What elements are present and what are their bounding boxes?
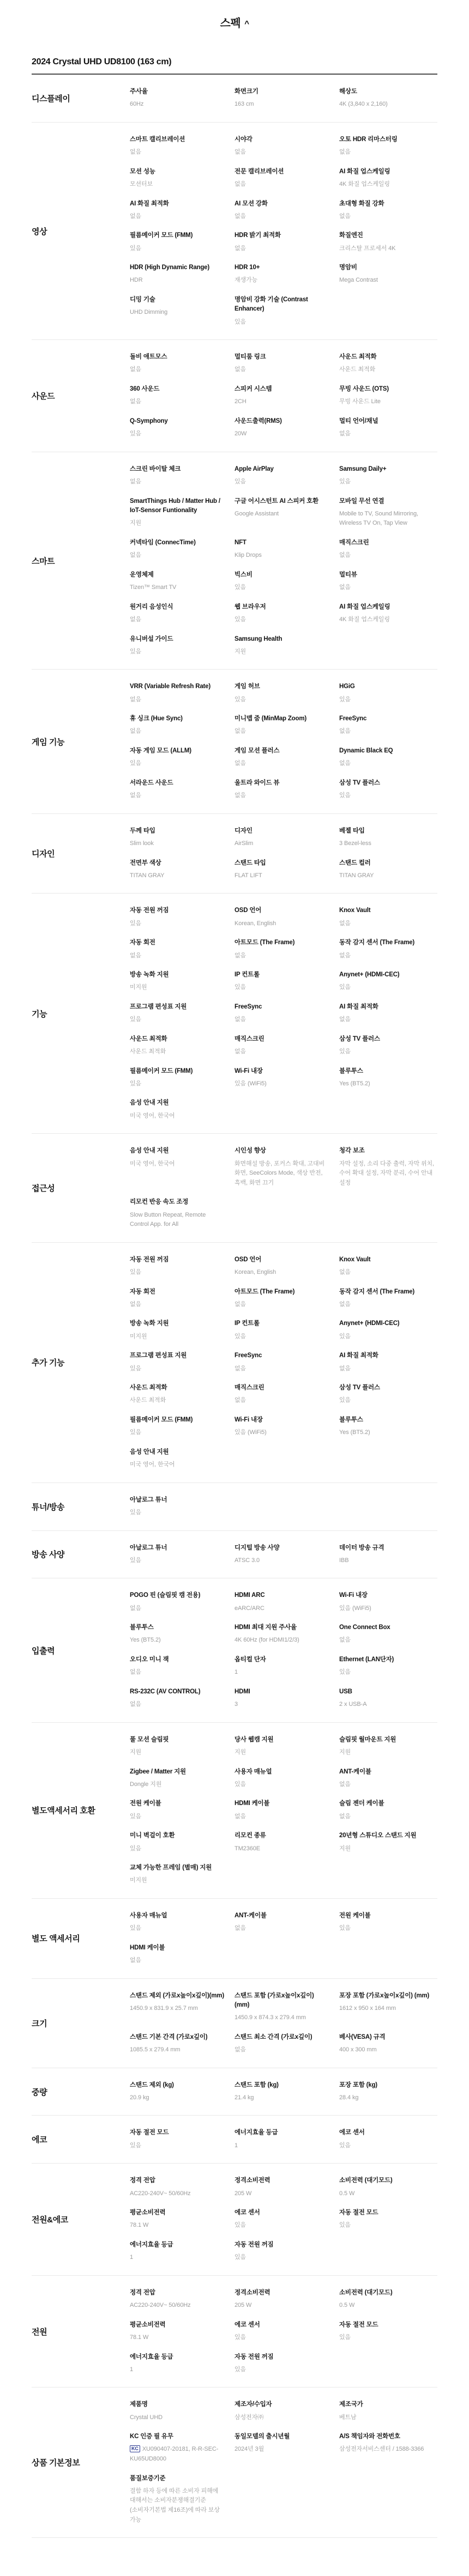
spec-item: 아트모드 (The Frame) 없음 [234,1283,333,1315]
spec-item-value: 78.1 W [130,2221,225,2231]
spec-item-value: 78.1 W [130,2333,225,2343]
spec-item: 슬림핏 월마운트 지원 지원 [339,1730,437,1763]
spec-item-value: 있음 [339,2221,434,2231]
spec-item: RS-232C (AV CONTROL) 없음 [130,1682,228,1715]
spec-item: 베젤 타입 3 Bezel-less [339,822,437,854]
spec-item-value: 있음 [234,695,329,705]
section-label: 별도 액세서리 [32,1933,130,1944]
spec-section: 별도 액세서리 사용자 매뉴얼 있음 ANT-케이블 없음 전원 케이블 있음 … [32,1899,437,1979]
spec-item-value: AC220-240V~ 50/60Hz [130,2189,225,2199]
spec-item-name: 멀티 언어/채널 [339,417,434,426]
spec-item: 전문 캘리브레이션 없음 [234,162,333,195]
spec-item-name: 사용자 매뉴얼 [130,1911,225,1921]
spec-section: 접근성 음성 안내 지원 미국 영어, 한국어 시인성 향상 화면해설 방송, … [32,1134,437,1242]
spec-item-value: 있음 [130,244,225,254]
spec-item-name: 블루투스 [339,1067,434,1076]
spec-item: 평균소비전력 78.1 W [130,2316,228,2348]
spec-item-value: 있음 [130,1508,225,1518]
spec-item: OSD 언어 Korean, English [234,1250,333,1283]
spec-item-value: 있음 [130,1844,225,1854]
spec-item-value: 없음 [339,759,434,769]
spec-item: KC 인증 필 유무 KCXU090407-20181, R-R-SEC-KU6… [130,2427,228,2469]
section-grid: 스마트 캘리브레이션 없음 시야각 없음 오토 HDR 리마스터링 없음 모션 … [130,130,437,332]
spec-item: 돌비 애트모스 없음 [130,348,228,380]
spec-item-value: 없음 [339,212,434,222]
spec-item-value: 없음 [339,951,434,961]
section-label: 별도액세서리 호환 [32,1805,130,1816]
spec-section: 디자인 두께 타입 Slim look 디자인 AirSlim 베젤 타입 3 … [32,814,437,894]
section-label: 튜너/방송 [32,1501,130,1512]
spec-item-name: ANT-케이블 [234,1911,329,1921]
section-label: 스마트 [32,555,130,567]
spec-item-value: Yes (BT5.2) [339,1079,434,1089]
spec-item: 모션 성능 모션터보 [130,162,228,195]
spec-item-value: 없음 [339,1812,434,1822]
spec-item-name: 구글 어시스턴트 AI 스피커 호환 [234,497,329,506]
spec-item-name: 원거리 음성인식 [130,603,225,612]
spec-item-name: 정격 전압 [130,2176,225,2185]
spec-item: 방송 녹화 지원 미지원 [130,965,228,998]
spec-item-name: OSD 언어 [234,906,329,915]
spec-item-value: TM2360E [234,1844,329,1854]
spec-item-name: 오토 HDR 리마스터링 [339,135,434,144]
section-label: 기능 [32,1008,130,1019]
spec-item: 리모컨 종류 TM2360E [234,1826,333,1858]
spec-item-value: 있음 [339,791,434,801]
spec-item-name: 당사 웹캠 지원 [234,1735,329,1745]
spec-item-value: 있음 [130,1812,225,1822]
spec-item-name: FreeSync [234,1003,329,1012]
spec-item: 에코 센서 있음 [234,2203,333,2235]
spec-item: 매직스크린 없음 [339,533,437,566]
spec-item-value: eARC/ARC [234,1604,329,1614]
spec-item-name: 정격소비전력 [234,2176,329,2185]
spec-item: 미니맵 줌 (MinMap Zoom) 없음 [234,709,333,742]
spec-item-value: 있음 [234,2365,329,2375]
section-grid: 스탠드 제외 (가로x높이x깊이)(mm) 1450.9 x 831.9 x 2… [130,1986,437,2060]
spec-item: Anynet+ (HDMI-CEC) 있음 [339,965,437,998]
spec-item: 에코 센서 있음 [234,2316,333,2348]
spec-item: 주사율 60Hz [130,82,228,114]
spec-item-name: AI 화질 업스케일링 [339,167,434,177]
spec-item-name: 멀티룸 링크 [234,353,329,362]
spec-item: AI 화질 최적화 없음 [130,195,228,227]
section-grid: 스탠드 제외 (kg) 20.9 kg 스탠드 포함 (kg) 21.4 kg … [130,2076,437,2108]
spec-item: 자동 전원 꺼짐 있음 [130,901,228,933]
spec-item: Samsung Health 지원 [234,630,333,662]
spec-item-value: Mega Contrast [339,276,434,285]
spec-item-name: 시인성 향상 [234,1146,329,1156]
section-grid: VRR (Variable Refresh Rate) 없음 게임 허브 있음 … [130,677,437,805]
spec-item-value: 없음 [130,397,225,407]
spec-item-value: 있음 [234,1332,329,1342]
spec-item-value: 없음 [234,1300,329,1310]
spec-item-name: 시야각 [234,135,329,144]
spec-item-name: 자동 회전 [130,938,225,947]
spec-item-name: Dynamic Black EQ [339,746,434,756]
spec-item-name: 아트모드 (The Frame) [234,938,329,947]
section-label: 디스플레이 [32,93,130,104]
spec-item: 자동 절전 모드 있음 [339,2203,437,2235]
spec-item-value: 없음 [130,551,225,561]
spec-item-name: 명암비 [339,263,434,272]
spec-item-value: 무빙 사운드 Lite [339,397,434,407]
spec-item: One Connect Box 없음 [339,1618,437,1650]
spec-section: 상품 기본정보 제품명 Crystal UHD 제조자/수입자 삼성전자㈜ 제조… [32,2387,437,2538]
spec-item-name: 디지털 방송 사양 [234,1544,329,1553]
chevron-up-icon: ^ [244,19,249,28]
spec-item-value: 있음 (WiFi5) [339,1604,434,1614]
spec-section: 에코 자동 절전 모드 있음 에너지효율 등급 1 에코 센서 있음 [32,2116,437,2164]
spec-item-value: 삼성전자㈜ [234,2413,329,2423]
spec-item: 평균소비전력 78.1 W [130,2203,228,2235]
section-grid: POGO 핀 (슬림핏 캠 전용) 없음 HDMI ARC eARC/ARC W… [130,1586,437,1714]
spec-item-name: 필름메이커 모드 (FMM) [130,231,225,240]
section-grid: 제품명 Crystal UHD 제조자/수입자 삼성전자㈜ 제조국가 베트남 K… [130,2395,437,2530]
spec-item-name: FreeSync [339,714,434,724]
spec-item: 전원 케이블 있음 [130,1794,228,1826]
spec-item-name: 삼성 TV 플러스 [339,1035,434,1044]
spec-item-value: 있음 [339,2333,434,2343]
spec-item: AI 화질 업스케일링 4K 화질 업스케일링 [339,598,437,630]
spec-item: 명암비 강화 기술 (Contrast Enhancer) 있음 [234,290,333,332]
spec-item: 스탠드 포함 (kg) 21.4 kg [234,2076,333,2108]
spec-item-value: 없음 [234,2045,329,2055]
spec-item: 자동 절전 모드 있음 [339,2316,437,2348]
spec-item-name: 20년형 스튜디오 스탠드 지원 [339,1831,434,1840]
spec-item-value: 없음 [234,1364,329,1374]
spec-item: 동일모델의 출시년월 2024년 3월 [234,2427,333,2459]
spec-item: Wi-Fi 내장 있음 (WiFi5) [339,1586,437,1618]
spec-item-name: Anynet+ (HDMI-CEC) [339,1319,434,1328]
spec-section: 영상 스마트 캘리브레이션 없음 시야각 없음 오토 HDR 리마스터링 없음 … [32,123,437,340]
spec-item: Wi-Fi 내장 있음 (WiFi5) [234,1062,333,1094]
spec-item-value: Klip Drops [234,551,329,561]
spec-item-name: 커넥타임 (ConnecTime) [130,538,225,548]
spec-item: 정격 전압 AC220-240V~ 50/60Hz [130,2283,228,2316]
section-grid: 자동 절전 모드 있음 에너지효율 등급 1 에코 센서 있음 [130,2123,437,2155]
section-label: 중량 [32,2086,130,2098]
spec-item-name: IP 컨트롤 [234,970,329,980]
spec-item: 동작 감지 센서 (The Frame) 없음 [339,933,437,965]
spec-item-name: 동일모델의 출시년월 [234,2432,329,2441]
spec-item: 웹 브라우저 있음 [234,598,333,630]
spec-item: Knox Vault 없음 [339,1250,437,1283]
spec-item-name: 스탠드 컬러 [339,859,434,868]
spec-item: 전면부 색상 TITAN GRAY [130,854,228,886]
spec-item-value: 3 [234,1700,329,1710]
spec-item-value: 없음 [234,791,329,801]
spec-item: 자동 게임 모드 (ALLM) 있음 [130,742,228,774]
spec-item-name: KC 인증 필 유무 [130,2432,225,2441]
spec-item: 교체 가능한 프레임 (별매) 지원 미지원 [130,1858,228,1891]
spec-item-name: AI 화질 최적화 [130,199,225,209]
spec-item: SmartThings Hub / Matter Hub / IoT-Senso… [130,492,228,533]
spec-item: Zigbee / Matter 지원 Dongle 지원 [130,1763,228,1795]
spec-item: ANT-케이블 없음 [339,1763,437,1795]
spec-item: HDR (High Dynamic Range) HDR [130,258,228,290]
spec-item-value: 없음 [234,1015,329,1025]
spec-item: 오토 HDR 리마스터링 없음 [339,130,437,162]
spec-page: 스펙^ 2024 Crystal UHD UD8100 (163 cm) 디스플… [0,0,469,2576]
spec-item: 정격 전압 AC220-240V~ 50/60Hz [130,2171,228,2203]
spec-item: 디자인 AirSlim [234,822,333,854]
spec-item-value: Slim look [130,839,225,849]
spec-item-value: 있음 [339,1047,434,1057]
spec-item: 자동 회전 없음 [130,933,228,965]
spec-item: Samsung Daily+ 있음 [339,460,437,492]
spec-accordion-header[interactable]: 스펙^ [0,0,469,46]
spec-item-name: 전면부 색상 [130,859,225,868]
spec-item-name: 자동 전원 꺼짐 [234,2353,329,2362]
spec-item-value: 4K 60Hz (for HDMI1/2/3) [234,1636,329,1645]
spec-item-name: 삼성 TV 플러스 [339,779,434,788]
spec-item-name: 데이터 방송 규격 [339,1544,434,1553]
spec-item-value: Dongle 지원 [130,1780,225,1790]
spec-item-name: HGiG [339,682,434,691]
spec-item-value: 있음 [234,2253,329,2263]
spec-item: 두께 타입 Slim look [130,822,228,854]
spec-section: 사운드 돌비 애트모스 없음 멀티룸 링크 없음 사운드 최적화 사운드 최적화… [32,340,437,452]
spec-item-name: 자동 전원 꺼짐 [130,1255,225,1265]
spec-item-value: 자막 설정, 소리 다중 출력, 자막 위치, 수어 확대 설정, 자막 분리,… [339,1159,434,1188]
spec-item: AI 화질 최적화 없음 [339,1346,437,1378]
spec-item-value: 미지원 [130,1876,225,1886]
spec-item-name: 슬림 젠더 케이블 [339,1799,434,1808]
spec-item: 사운드 최적화 사운드 최적화 [130,1030,228,1062]
spec-item-name: 에코 센서 [339,2128,434,2137]
spec-item: 에너지효율 등급 1 [130,2348,228,2380]
spec-item-name: 베젤 타입 [339,827,434,836]
spec-item-value: 있음 [339,1668,434,1678]
spec-item-value: 없음 [130,477,225,487]
spec-item: 방송 녹화 지원 미지원 [130,1314,228,1346]
spec-item: HDMI 케이블 없음 [130,1939,228,1971]
spec-item: 화면크기 163 cm [234,82,333,114]
spec-item: 디지털 방송 사양 ATSC 3.0 [234,1539,333,1571]
spec-item: 정격소비전력 205 W [234,2171,333,2203]
spec-item: Dynamic Black EQ 없음 [339,742,437,774]
spec-item: 자동 회전 없음 [130,1283,228,1315]
spec-item: 스탠드 타입 FLAT LIFT [234,854,333,886]
spec-item-name: 포장 포함 (kg) [339,2081,434,2090]
spec-item-name: Zigbee / Matter 지원 [130,1767,225,1777]
spec-item: AI 모션 강화 없음 [234,195,333,227]
spec-item-name: 빅스비 [234,570,329,580]
spec-item: 빅스비 있음 [234,566,333,598]
section-grid: 정격 전압 AC220-240V~ 50/60Hz 정격소비전력 205 W 소… [130,2283,437,2380]
section-grid: 아날로그 튜너 있음 디지털 방송 사양 ATSC 3.0 데이터 방송 규격 … [130,1539,437,1571]
spec-item-name: 에코 센서 [234,2208,329,2217]
spec-item: 슬림 젠더 케이블 없음 [339,1794,437,1826]
spec-item-name: 풀 모션 슬림핏 [130,1735,225,1745]
spec-item-value: 2CH [234,397,329,407]
spec-item-name: 자동 절전 모드 [339,2320,434,2330]
spec-item-value: 미국 영어, 한국어 [130,1460,225,1470]
spec-item: 휴 싱크 (Hue Sync) 없음 [130,709,228,742]
spec-item-value: UHD Dimming [130,308,225,318]
spec-item-name: 자동 절전 모드 [130,2128,225,2137]
spec-item-value: 4K (3,840 x 2,160) [339,100,434,110]
spec-item-name: 유니버설 가이드 [130,635,225,644]
spec-item-value: 지원 [339,1748,434,1758]
spec-item-value: TITAN GRAY [339,871,434,881]
spec-item: FreeSync 없음 [339,709,437,742]
spec-item: 에너지효율 등급 1 [130,2235,228,2268]
spec-item: 자동 절전 모드 있음 [130,2123,228,2155]
spec-item-value: 지원 [130,519,225,528]
spec-item-name: 스크린 바이탈 체크 [130,465,225,474]
spec-item-name: 해상도 [339,87,434,96]
spec-item-name: 슬림핏 월마운트 지원 [339,1735,434,1745]
spec-item: 품질보증기준 결함 하자 등에 따른 소비자 피해에 대해서는 소비자분쟁해결기… [130,2469,228,2530]
spec-item-name: 모션 성능 [130,167,225,177]
spec-item: 소비전력 (대기모드) 0.5 W [339,2171,437,2203]
spec-item-value: 지원 [339,1844,434,1854]
spec-item: 매직스크린 없음 [234,1030,333,1062]
section-grid: 자동 전원 꺼짐 있음 OSD 언어 Korean, English Knox … [130,1250,437,1475]
spec-item: NFT Klip Drops [234,533,333,566]
spec-item-name: 음성 안내 지원 [130,1146,225,1156]
spec-item-value: 있음 [234,1780,329,1790]
section-label: 영상 [32,226,130,237]
spec-item-value: 205 W [234,2189,329,2199]
spec-item-name: 품질보증기준 [130,2474,225,2483]
spec-item-name: 미니 벽걸이 호환 [130,1831,225,1840]
spec-item-value: 있음 [130,1015,225,1025]
spec-item-name: USB [339,1687,434,1697]
spec-item: 자동 전원 꺼짐 있음 [234,2348,333,2380]
spec-item: 모바일 무선 연결 Mobile to TV, Sound Mirroring,… [339,492,437,533]
spec-item-value: HDR [130,276,225,285]
spec-item-name: 사용자 매뉴얼 [234,1767,329,1777]
spec-item: 무빙 사운드 (OTS) 무빙 사운드 Lite [339,380,437,412]
spec-item-value: 있음 [130,1924,225,1934]
spec-item-name: 명암비 강화 기술 (Contrast Enhancer) [234,295,329,314]
spec-item-name: 게임 허브 [234,682,329,691]
spec-item-name: HDMI ARC [234,1591,329,1600]
spec-item-value: Slow Button Repeat, Remote Control App. … [130,1211,225,1230]
spec-item-name: 아날로그 튜너 [130,1544,225,1553]
spec-item-name: Knox Vault [339,1255,434,1265]
spec-item: USB 2 x USB-A [339,1682,437,1715]
spec-section: 방송 사양 아날로그 튜너 있음 디지털 방송 사양 ATSC 3.0 데이터 … [32,1531,437,1579]
spec-item-name: 음성 안내 지원 [130,1448,225,1457]
spec-item-value: 없음 [234,1396,329,1406]
spec-item: FreeSync 없음 [234,998,333,1030]
spec-item-name: 스마트 캘리브레이션 [130,135,225,144]
spec-item-name: 포장 포함 (가로x높이x깊이) (mm) [339,1991,434,2001]
spec-item: 360 사운드 없음 [130,380,228,412]
spec-item: 화질엔진 크리스탈 프로세서 4K [339,226,437,258]
spec-item: 사운드출력(RMS) 20W [234,412,333,444]
spec-item-value: 있음 [339,1924,434,1934]
spec-item-name: Ethernet (LAN단자) [339,1655,434,1664]
spec-item-name: 블루투스 [339,1415,434,1425]
spec-item-name: 매직스크린 [339,538,434,548]
spec-item-value: 없음 [339,919,434,929]
spec-item: 자동 전원 꺼짐 있음 [130,1250,228,1283]
section-label: 상품 기본정보 [32,2457,130,2468]
spec-item-value: Tizen™ Smart TV [130,583,225,593]
spec-section: 입출력 POGO 핀 (슬림핏 캠 전용) 없음 HDMI ARC eARC/A… [32,1578,437,1722]
spec-item-value: 0.5 W [339,2189,434,2199]
spec-item: 당사 웹캠 지원 지원 [234,1730,333,1763]
spec-item-value: 없음 [234,1812,329,1822]
section-label: 게임 기능 [32,736,130,748]
spec-section: 전원 정격 전압 AC220-240V~ 50/60Hz 정격소비전력 205 … [32,2276,437,2388]
section-grid: 풀 모션 슬림핏 지원 당사 웹캠 지원 지원 슬림핏 월마운트 지원 지원 Z… [130,1730,437,1891]
spec-item-value: 있음 [130,1268,225,1278]
spec-item: HDMI ARC eARC/ARC [234,1586,333,1618]
spec-item-name: 옵티컬 단자 [234,1655,329,1664]
spec-item: 베사(VESA) 규격 400 x 300 mm [339,2028,437,2060]
spec-item: 멀티룸 링크 없음 [234,348,333,380]
spec-item-name: VRR (Variable Refresh Rate) [130,682,225,691]
spec-item: 게임 모션 플러스 없음 [234,742,333,774]
section-label: 추가 기능 [32,1357,130,1368]
spec-item: 에코 센서 있음 [339,2123,437,2155]
spec-item-name: 리모컨 반응 속도 조정 [130,1198,225,1207]
spec-item-name: 아날로그 튜너 [130,1496,225,1505]
spec-item-value: AC220-240V~ 50/60Hz [130,2301,225,2311]
spec-item-name: HDMI 케이블 [234,1799,329,1808]
spec-item: 구글 어시스턴트 AI 스피커 호환 Google Assistant [234,492,333,524]
spec-item: 스피커 시스템 2CH [234,380,333,412]
spec-item-value: 없음 [130,212,225,222]
spec-item-name: A/S 책임자와 전화번호 [339,2432,434,2441]
spec-item-name: 360 사운드 [130,385,225,394]
spec-item-name: 서라운드 사운드 [130,779,225,788]
spec-item: 필름메이커 모드 (FMM) 있음 [130,1411,228,1443]
spec-item-name: 제조국가 [339,2400,434,2409]
spec-item: 해상도 4K (3,840 x 2,160) [339,82,437,114]
spec-item-value: 1450.9 x 874.3 x 279.4 mm [234,2013,329,2023]
spec-item: 스탠드 컬러 TITAN GRAY [339,854,437,886]
spec-item-value: Crystal UHD [130,2413,225,2423]
spec-item: IP 컨트롤 있음 [234,1314,333,1346]
section-grid: 두께 타입 Slim look 디자인 AirSlim 베젤 타입 3 Beze… [130,822,437,886]
spec-item-value: 사운드 최적화 [339,365,434,375]
spec-item: 시인성 향상 화면해설 방송, 포커스 확대, 고대비 화면, SeeColor… [234,1141,333,1193]
spec-item: 에너지효율 등급 1 [234,2123,333,2155]
spec-item-name: 스피커 시스템 [234,385,329,394]
spec-item: 시야각 없음 [234,130,333,162]
spec-item-value: 21.4 kg [234,2093,329,2103]
spec-item: AI 화질 최적화 없음 [339,998,437,1030]
spec-item-value: 미지원 [130,983,225,993]
spec-item-value: 없음 [130,1604,225,1614]
spec-title: 스펙 [220,17,241,29]
spec-item: 사용자 매뉴얼 있음 [130,1906,228,1939]
section-grid: 사용자 매뉴얼 있음 ANT-케이블 없음 전원 케이블 있음 HDMI 케이블… [130,1906,437,1971]
spec-item-name: 소비전력 (대기모드) [339,2176,434,2185]
spec-item: ANT-케이블 없음 [234,1906,333,1939]
spec-item: 블루투스 Yes (BT5.2) [339,1062,437,1094]
spec-section: 중량 스탠드 제외 (kg) 20.9 kg 스탠드 포함 (kg) 21.4 … [32,2068,437,2116]
spec-item-name: 매직스크린 [234,1035,329,1044]
spec-item-value: 있음 [130,1556,225,1566]
spec-item-name: 사운드 최적화 [130,1383,225,1393]
spec-item-name: 평균소비전력 [130,2320,225,2330]
spec-item: 데이터 방송 규격 IBB [339,1539,437,1571]
spec-item: 음성 안내 지원 미국 영어, 한국어 [130,1443,228,1475]
spec-item-name: AI 화질 최적화 [339,1351,434,1360]
spec-item-name: 필름메이커 모드 (FMM) [130,1067,225,1076]
spec-item-value: 20W [234,429,329,439]
spec-item: HDMI 케이블 없음 [234,1794,333,1826]
spec-item-value: 없음 [130,1700,225,1710]
